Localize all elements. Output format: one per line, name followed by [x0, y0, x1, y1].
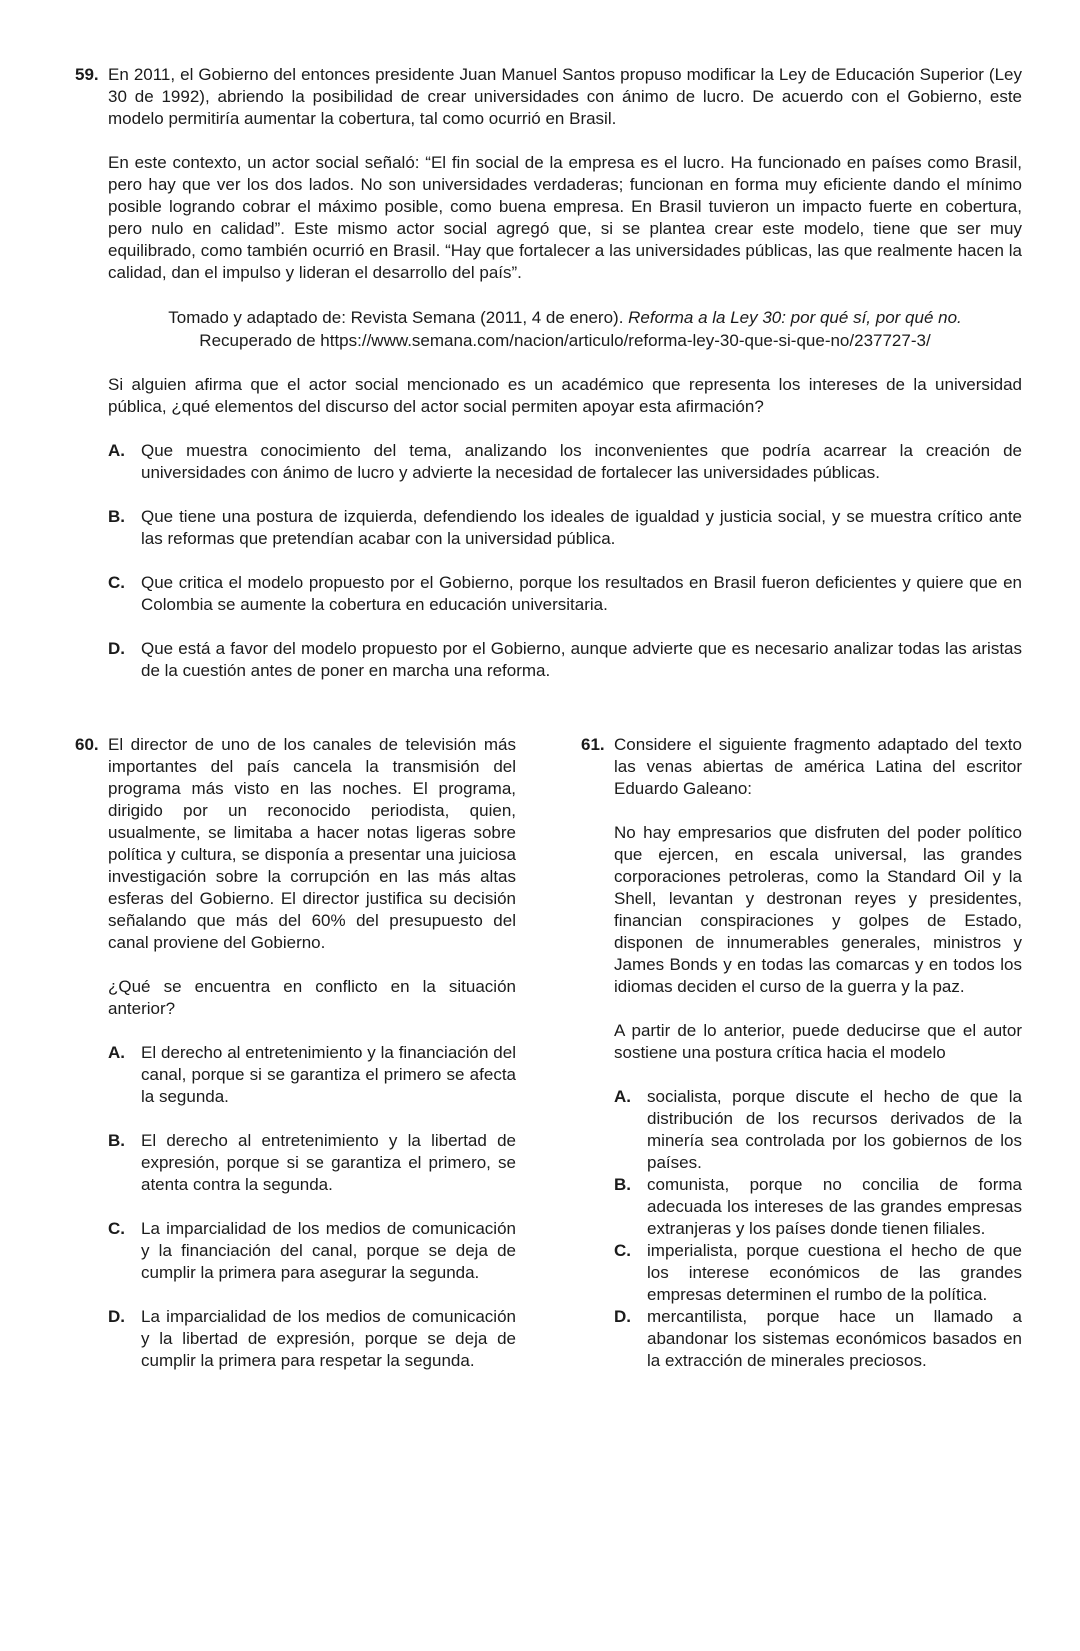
option-text: La imparcialidad de los medios de comuni… — [141, 1306, 516, 1372]
question-60-option-d: D. La imparcialidad de los medios de com… — [108, 1306, 516, 1372]
question-60-options: A. El derecho al entretenimiento y la fi… — [108, 1042, 516, 1372]
question-61-fragment: No hay empresarios que disfruten del pod… — [614, 822, 1022, 998]
question-61-option-c: C. imperialista, porque cuestiona el hec… — [614, 1240, 1022, 1306]
exam-page: 59. En 2011, el Gobierno del entonces pr… — [0, 0, 1080, 1651]
question-59-options: A. Que muestra conocimiento del tema, an… — [108, 440, 1022, 682]
option-text: mercantilista, porque hace un llamado a … — [647, 1306, 1022, 1372]
option-letter: B. — [108, 506, 141, 528]
question-60: 60. El director de uno de los canales de… — [75, 734, 516, 1394]
option-text: Que critica el modelo propuesto por el G… — [141, 572, 1022, 616]
question-61: 61. Considere el siguiente fragmento ada… — [581, 734, 1022, 1394]
question-61-stem: A partir de lo anterior, puede deducirse… — [614, 1020, 1022, 1064]
question-59-option-d: D. Que está a favor del modelo propuesto… — [108, 638, 1022, 682]
question-61-option-b: B. comunista, porque no concilia de form… — [614, 1174, 1022, 1240]
question-60-intro: El director de uno de los canales de tel… — [108, 734, 516, 954]
question-59-option-b: B. Que tiene una postura de izquierda, d… — [108, 506, 1022, 550]
citation-title: Reforma a la Ley 30: por qué sí, por qué… — [628, 308, 962, 327]
option-letter: C. — [108, 572, 141, 594]
question-61-number: 61. — [581, 734, 614, 756]
option-letter: C. — [614, 1240, 647, 1262]
question-59-stem: Si alguien afirma que el actor social me… — [108, 374, 1022, 418]
option-letter: A. — [614, 1086, 647, 1108]
option-letter: B. — [108, 1130, 141, 1152]
source-citation: Tomado y adaptado de: Revista Semana (20… — [154, 306, 977, 352]
question-59-intro: En 2011, el Gobierno del entonces presid… — [108, 64, 1022, 130]
question-60-option-a: A. El derecho al entretenimiento y la fi… — [108, 1042, 516, 1108]
citation-url: Recuperado de https://www.semana.com/nac… — [199, 331, 930, 350]
two-column-section: 60. El director de uno de los canales de… — [75, 734, 1022, 1394]
option-letter: A. — [108, 1042, 141, 1064]
option-text: Que muestra conocimiento del tema, anali… — [141, 440, 1022, 484]
option-letter: C. — [108, 1218, 141, 1240]
question-61-option-a: A. socialista, porque discute el hecho d… — [614, 1086, 1022, 1174]
citation-prefix: Tomado y adaptado de: Revista Semana (20… — [168, 308, 628, 327]
option-letter: B. — [614, 1174, 647, 1196]
question-59-option-c: C. Que critica el modelo propuesto por e… — [108, 572, 1022, 616]
option-letter: D. — [614, 1306, 647, 1328]
option-text: El derecho al entretenimiento y la finan… — [141, 1042, 516, 1108]
question-59-quote: En este contexto, un actor social señaló… — [108, 152, 1022, 284]
question-60-option-c: C. La imparcialidad de los medios de com… — [108, 1218, 516, 1284]
option-letter: D. — [108, 638, 141, 660]
option-text: imperialista, porque cuestiona el hecho … — [647, 1240, 1022, 1306]
option-text: socialista, porque discute el hecho de q… — [647, 1086, 1022, 1174]
option-text: Que tiene una postura de izquierda, defe… — [141, 506, 1022, 550]
option-letter: A. — [108, 440, 141, 462]
option-text: comunista, porque no concilia de forma a… — [647, 1174, 1022, 1240]
question-61-options: A. socialista, porque discute el hecho d… — [614, 1086, 1022, 1372]
question-61-option-d: D. mercantilista, porque hace un llamado… — [614, 1306, 1022, 1372]
question-61-intro: Considere el siguiente fragmento adaptad… — [614, 734, 1022, 800]
option-letter: D. — [108, 1306, 141, 1328]
option-text: La imparcialidad de los medios de comuni… — [141, 1218, 516, 1284]
question-59-number: 59. — [75, 64, 108, 86]
question-60-option-b: B. El derecho al entretenimiento y la li… — [108, 1130, 516, 1196]
option-text: Que está a favor del modelo propuesto po… — [141, 638, 1022, 682]
question-59: 59. En 2011, el Gobierno del entonces pr… — [75, 64, 1022, 704]
question-59-option-a: A. Que muestra conocimiento del tema, an… — [108, 440, 1022, 484]
question-60-number: 60. — [75, 734, 108, 756]
option-text: El derecho al entretenimiento y la liber… — [141, 1130, 516, 1196]
question-60-stem: ¿Qué se encuentra en conflicto en la sit… — [108, 976, 516, 1020]
